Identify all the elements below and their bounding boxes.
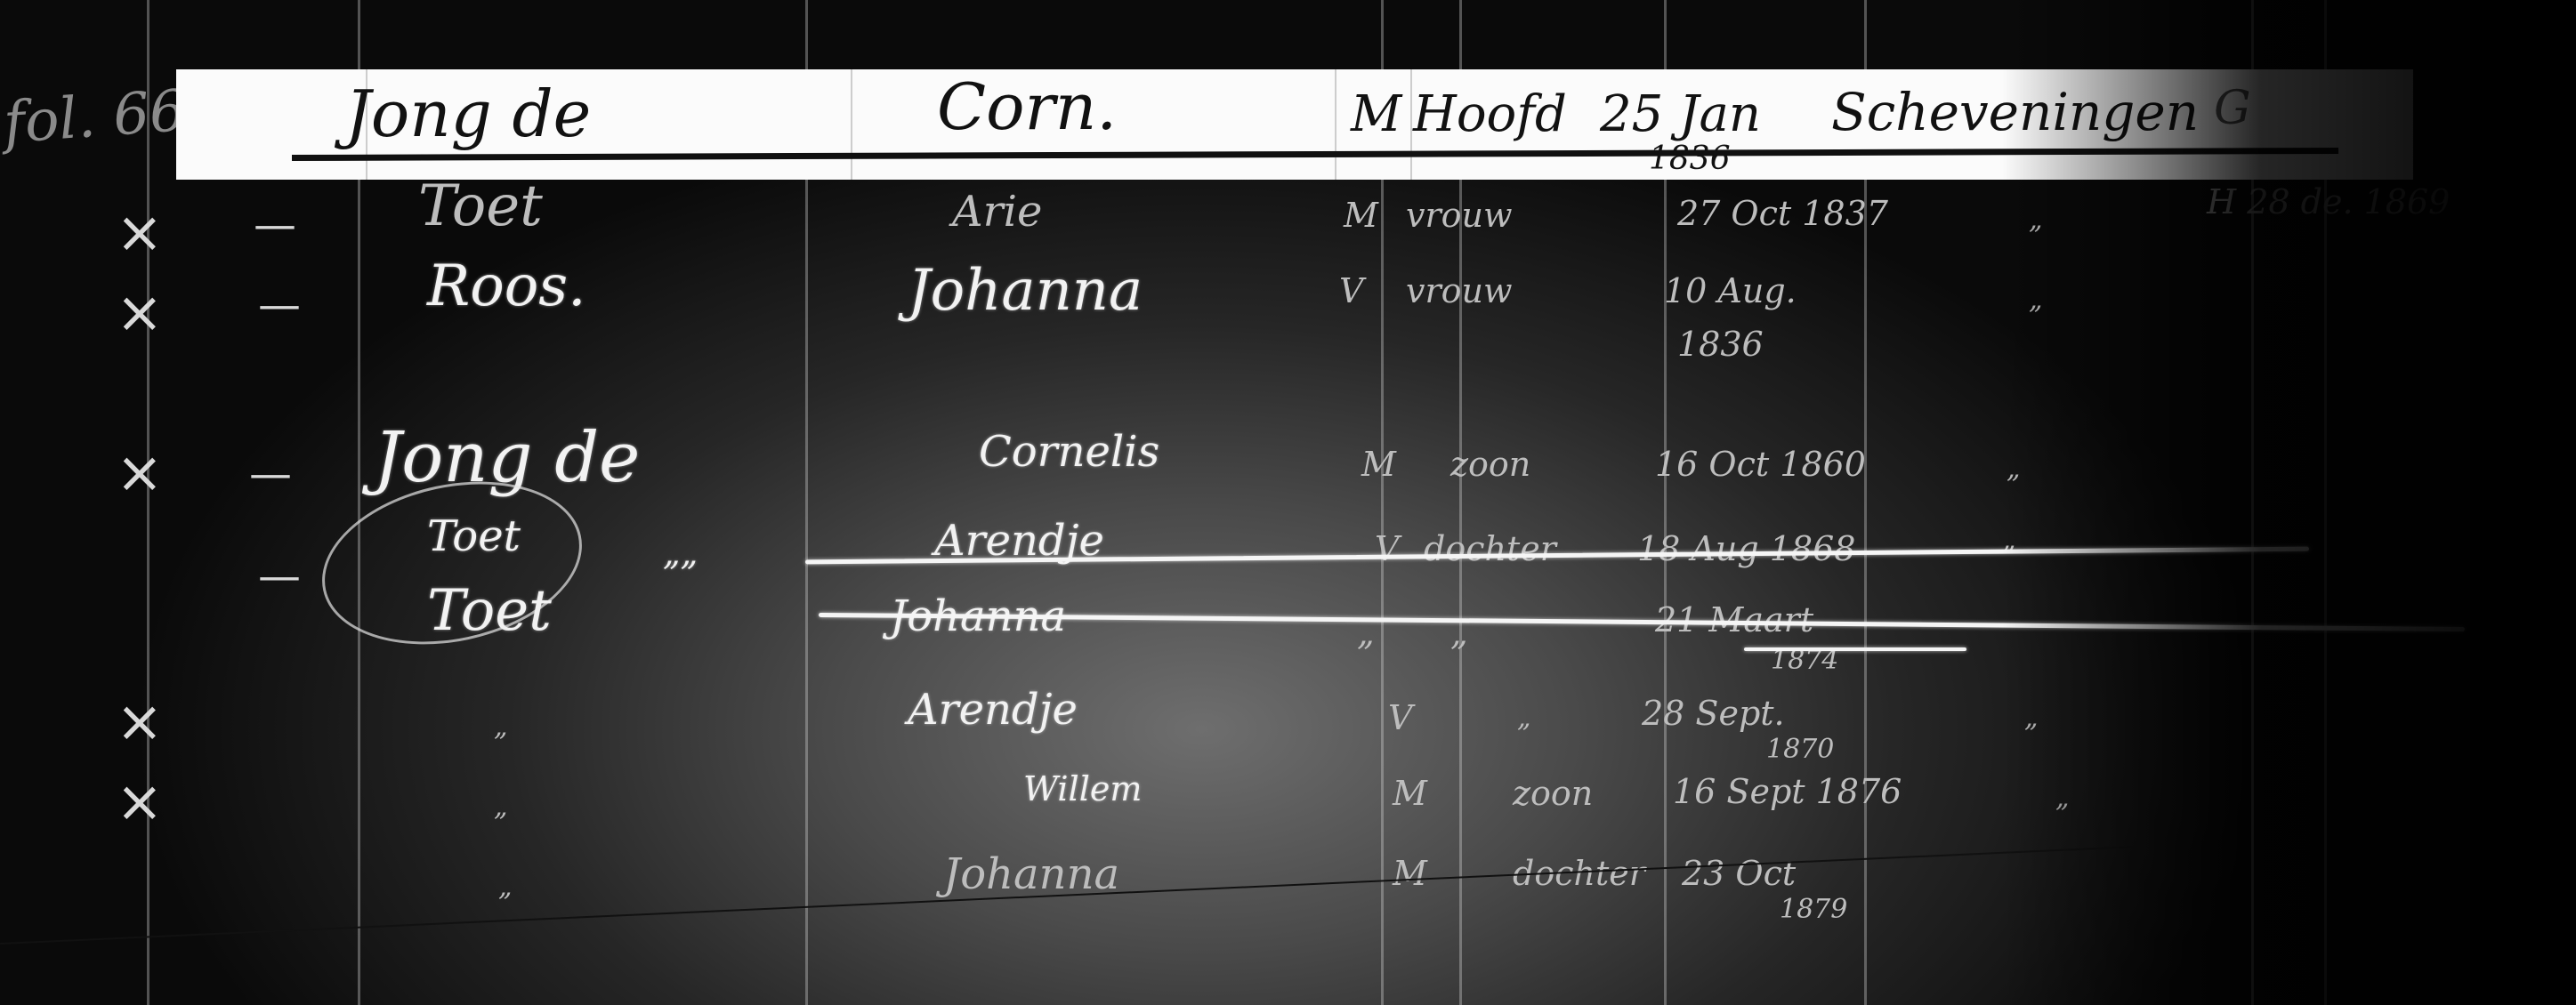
row-first-name: Arie <box>952 187 1042 237</box>
row-birth-year: 1879 <box>1780 894 1847 925</box>
header-underline <box>292 148 2338 161</box>
column-rule <box>2324 0 2327 1005</box>
row-surname-ditto: „ <box>494 792 508 823</box>
row-relation: dochter <box>1424 529 1556 568</box>
column-rule <box>1335 69 1336 180</box>
row-sex: M <box>1393 774 1427 813</box>
row-surname-ditto: „„ <box>663 534 698 573</box>
header-sex: M <box>1351 85 1401 143</box>
dash-mark: — <box>258 551 301 601</box>
row-birth-year: 1836 <box>1677 325 1764 364</box>
row-birth-date: 16 Oct 1860 <box>1655 445 1866 484</box>
row-sex: M <box>1393 854 1427 893</box>
cross-mark-icon: × <box>116 280 164 346</box>
cross-mark-icon: × <box>116 440 164 506</box>
row-birth-date: 10 Aug. <box>1664 271 1797 310</box>
row-ditto: „ <box>2055 783 2070 814</box>
row-ditto: „ <box>2002 525 2016 556</box>
header-birthplace: Scheveningen <box>1831 82 2199 142</box>
header-entry-strip: Jong de Corn. M Hoofd 25 Jan 1836 Scheve… <box>176 69 2413 180</box>
row-relation: vrouw <box>1406 196 1513 235</box>
column-rule <box>851 69 852 180</box>
row-ditto: „ <box>2029 205 2043 236</box>
row-first-name: Willem <box>1023 769 1142 808</box>
header-first-name: Corn. <box>937 69 1117 144</box>
cross-mark-icon: × <box>116 689 164 755</box>
row-sex: V <box>1339 271 1363 310</box>
row-sex: M <box>1344 196 1378 235</box>
right-annotation: H 28 de. 1869 <box>2207 182 2450 221</box>
row-surname: Toet <box>427 578 552 644</box>
row-sex: V <box>1388 698 1412 737</box>
header-birth-year: 1836 <box>1649 141 1731 177</box>
row-birth-date: 27 Oct 1837 <box>1677 194 1888 233</box>
row-birth-date: 16 Sept 1876 <box>1673 772 1902 811</box>
row-birth-date: 23 Oct <box>1682 854 1796 893</box>
row-surname: Roos. <box>427 253 585 319</box>
cross-mark-icon: × <box>116 200 164 266</box>
row-sex: M <box>1361 445 1396 484</box>
cross-mark-icon: × <box>116 769 164 835</box>
dash-mark: — <box>249 449 292 499</box>
dash-mark: — <box>258 280 301 330</box>
column-rule <box>1410 69 1412 180</box>
row-surname: Toet <box>418 173 543 239</box>
row-birth-date: 18 Aug 1868 <box>1637 529 1855 568</box>
row-first-name: Johanna <box>908 258 1143 324</box>
row-relation: zoon <box>1513 774 1593 813</box>
row-surname-ditto: „ <box>498 872 513 903</box>
column-rule <box>2251 0 2254 1005</box>
header-surname: Jong de <box>345 76 591 151</box>
margin-note: fol. 66 <box>2 78 188 157</box>
row-ditto: „ <box>2029 285 2043 316</box>
strikethrough-line <box>1744 647 1966 651</box>
row-surname: Toet <box>427 511 521 561</box>
header-religion: G <box>2214 82 2251 135</box>
dash-mark: — <box>254 200 296 250</box>
row-birth-date: 28 Sept. <box>1642 694 1785 733</box>
header-relation: Hoofd <box>1413 85 1567 143</box>
row-ditto: „ <box>2007 454 2021 485</box>
row-relation: zoon <box>1450 445 1530 484</box>
row-first-name: Johanna <box>943 849 1119 899</box>
row-sex: V <box>1375 529 1399 568</box>
row-surname-ditto: „ <box>494 712 508 743</box>
row-birth-year: 1870 <box>1766 734 1834 765</box>
row-relation: vrouw <box>1406 271 1513 310</box>
row-first-name: Arendje <box>908 685 1078 735</box>
header-birth-date: 25 Jan <box>1600 85 1761 143</box>
row-ditto: „ <box>2024 703 2039 734</box>
row-relation: „ <box>1517 703 1531 734</box>
register-page: fol. 66 Jong de Corn. M Hoofd 25 Jan 183… <box>0 0 2576 1005</box>
row-first-name: Cornelis <box>979 427 1159 477</box>
